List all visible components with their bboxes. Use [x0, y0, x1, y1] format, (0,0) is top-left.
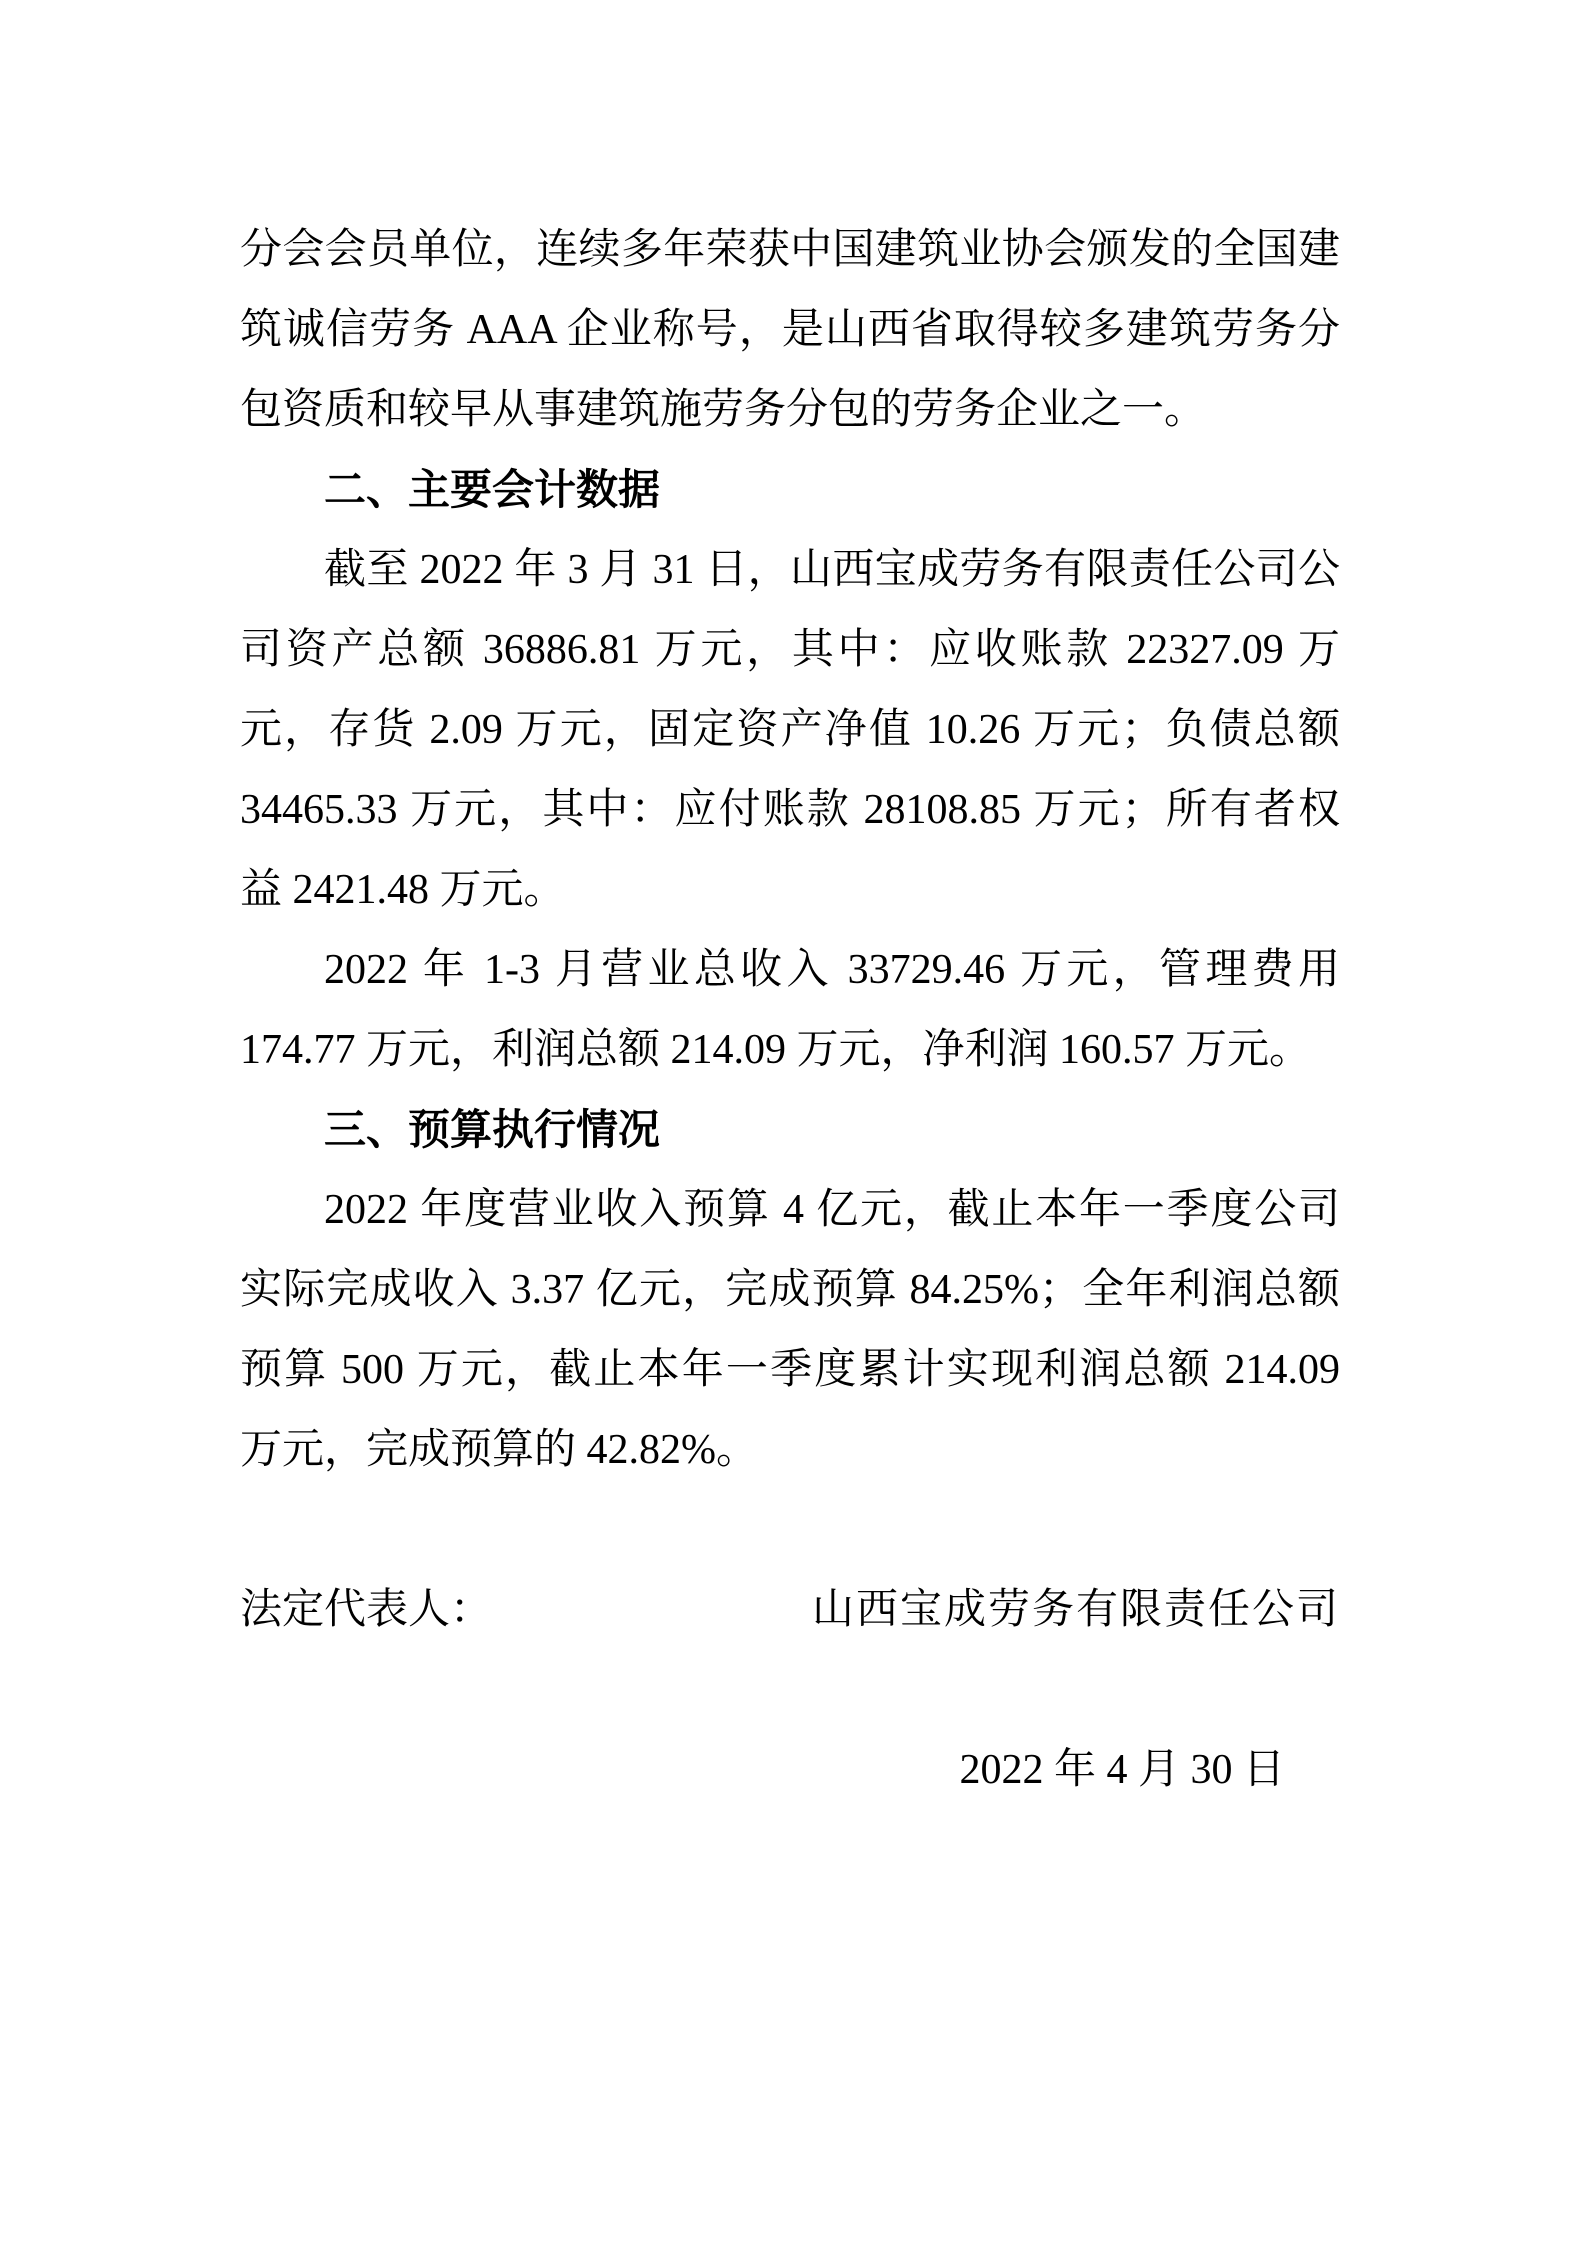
company-name: 山西宝成劳务有限责任公司: [812, 1570, 1340, 1650]
paragraph-accounting-income: 2022 年 1-3 月营业总收入 33729.46 万元，管理费用 174.7…: [240, 930, 1340, 1090]
legal-representative-label: 法定代表人：: [240, 1570, 492, 1650]
date-line: 2022 年 4 月 30 日: [240, 1730, 1285, 1810]
section-heading-budget: 三、预算执行情况: [240, 1090, 1340, 1170]
section-heading-accounting: 二、主要会计数据: [240, 450, 1340, 530]
paragraph-accounting-overview: 截至 2022 年 3 月 31 日，山西宝成劳务有限责任公司公司资产总额 36…: [240, 530, 1340, 930]
document-content: 分会会员单位，连续多年荣获中国建筑业协会颁发的全国建筑诚信劳务 AAA 企业称号…: [240, 210, 1340, 1810]
signature-row: 法定代表人： 山西宝成劳务有限责任公司: [240, 1570, 1340, 1650]
document-page: 分会会员单位，连续多年荣获中国建筑业协会颁发的全国建筑诚信劳务 AAA 企业称号…: [0, 0, 1587, 2245]
paragraph-budget-execution: 2022 年度营业收入预算 4 亿元，截止本年一季度公司实际完成收入 3.37 …: [240, 1170, 1340, 1490]
paragraph-continuation: 分会会员单位，连续多年荣获中国建筑业协会颁发的全国建筑诚信劳务 AAA 企业称号…: [240, 210, 1340, 450]
